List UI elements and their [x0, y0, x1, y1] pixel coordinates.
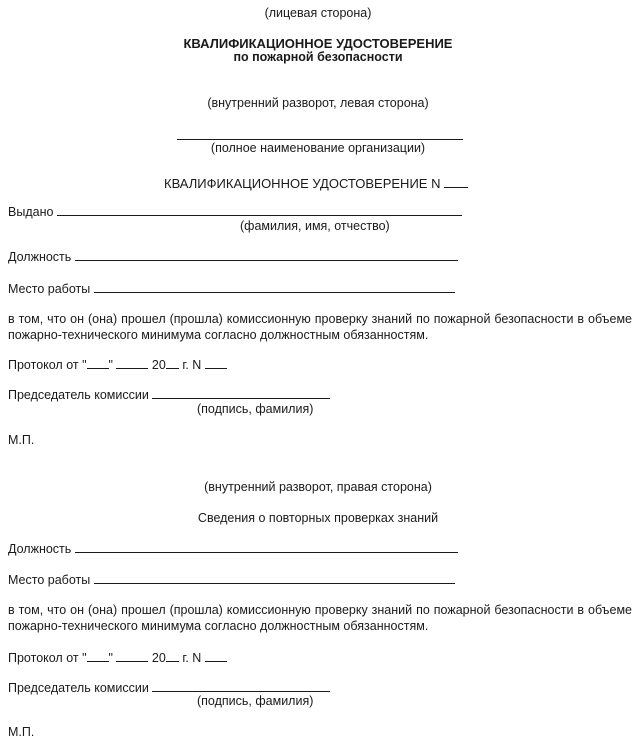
right-title: Сведения о повторных проверках знаний [0, 511, 636, 526]
chair-signature-field[interactable] [152, 387, 330, 399]
workplace-label: Место работы [8, 282, 90, 296]
chair-hint: (подпись, фамилия) [197, 402, 313, 417]
protocol-year-prefix: 20 [152, 358, 166, 372]
protocol-year-field[interactable] [166, 357, 179, 369]
repeat-chair-hint: (подпись, фамилия) [197, 694, 313, 709]
position-label: Должность [8, 250, 71, 264]
repeat-protocol-day-field[interactable] [87, 650, 109, 662]
repeat-workplace-label: Место работы [8, 573, 90, 587]
protocol-prefix: Протокол от " [8, 358, 87, 372]
workplace-row: Место работы [8, 281, 455, 297]
repeat-chair-label: Председатель комиссии [8, 681, 149, 695]
repeat-protocol-row: Протокол от "" 20 г. N [8, 650, 227, 666]
repeat-position-label: Должность [8, 542, 71, 556]
repeat-workplace-row: Место работы [8, 572, 455, 588]
front-subtitle: по пожарной безопасности [0, 50, 636, 65]
repeat-workplace-field[interactable] [94, 572, 455, 584]
repeat-protocol-prefix: Протокол от " [8, 651, 87, 665]
issued-to-field[interactable] [57, 204, 462, 216]
chair-row: Председатель комиссии [8, 387, 330, 403]
right-caption: (внутренний разворот, правая сторона) [0, 480, 636, 495]
repeat-protocol-number-label: г. N [182, 651, 201, 665]
protocol-month-field[interactable] [116, 357, 148, 369]
organization-hint: (полное наименование организации) [0, 141, 636, 156]
issued-hint: (фамилия, имя, отчество) [240, 219, 390, 234]
organization-name-field[interactable] [177, 127, 463, 140]
issued-row: Выдано [8, 204, 462, 220]
chair-label: Председатель комиссии [8, 388, 149, 402]
repeat-statement-text: в том, что он (она) прошел (прошла) коми… [8, 602, 632, 634]
front-title: КВАЛИФИКАЦИОННОЕ УДОСТОВЕРЕНИЕ [0, 36, 636, 51]
protocol-number-field[interactable] [205, 357, 227, 369]
front-caption: (лицевая сторона) [0, 6, 636, 21]
left-caption: (внутренний разворот, левая сторона) [0, 96, 636, 111]
statement-text: в том, что он (она) прошел (прошла) коми… [8, 311, 632, 343]
certificate-title-text: КВАЛИФИКАЦИОННОЕ УДОСТОВЕРЕНИЕ N [164, 176, 440, 191]
repeat-position-field[interactable] [75, 541, 458, 553]
repeat-stamp-label: М.П. [8, 725, 34, 740]
certificate-number-field[interactable] [444, 176, 468, 188]
repeat-protocol-month-field[interactable] [116, 650, 148, 662]
repeat-position-row: Должность [8, 541, 458, 557]
repeat-protocol-year-field[interactable] [166, 650, 179, 662]
protocol-row: Протокол от "" 20 г. N [8, 357, 227, 373]
protocol-day-field[interactable] [87, 357, 109, 369]
issued-label: Выдано [8, 205, 53, 219]
repeat-protocol-number-field[interactable] [205, 650, 227, 662]
stamp-label: М.П. [8, 433, 34, 448]
repeat-chair-signature-field[interactable] [152, 680, 330, 692]
certificate-number-title: КВАЛИФИКАЦИОННОЕ УДОСТОВЕРЕНИЕ N [164, 176, 468, 191]
protocol-number-label: г. N [182, 358, 201, 372]
repeat-protocol-year-prefix: 20 [152, 651, 166, 665]
workplace-field[interactable] [94, 281, 455, 293]
protocol-quote: " [109, 358, 113, 372]
repeat-protocol-quote: " [109, 651, 113, 665]
position-field[interactable] [75, 249, 458, 261]
position-row: Должность [8, 249, 458, 265]
